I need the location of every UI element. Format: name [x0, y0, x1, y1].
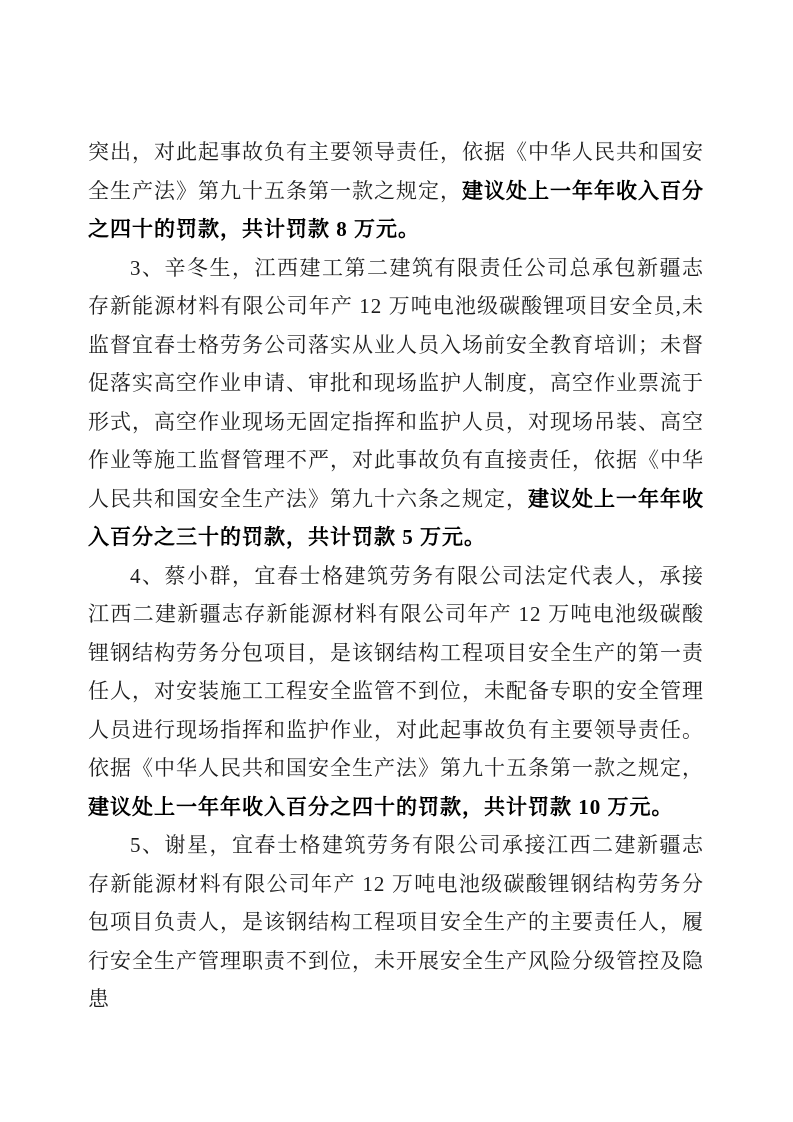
body-text: 4、蔡小群，宜春士格建筑劳务有限公司法定代表人，承接江西二建新疆志存新能源材料有…	[88, 564, 704, 781]
document-body: 突出，对此起事故负有主要领导责任，依据《中华人民共和国安全生产法》第九十五条第一…	[88, 133, 704, 1019]
paragraph-item-4: 4、蔡小群，宜春士格建筑劳务有限公司法定代表人，承接江西二建新疆志存新能源材料有…	[88, 557, 704, 827]
body-text: 3、辛冬生，江西建工第二建筑有限责任公司总承包新疆志存新能源材料有限公司年产 1…	[88, 256, 704, 511]
body-text: 5、谢星，宜春士格建筑劳务有限公司承接江西二建新疆志存新能源材料有限公司年产 1…	[88, 833, 704, 1011]
paragraph-continuation: 突出，对此起事故负有主要领导责任，依据《中华人民共和国安全生产法》第九十五条第一…	[88, 133, 704, 249]
paragraph-item-3: 3、辛冬生，江西建工第二建筑有限责任公司总承包新疆志存新能源材料有限公司年产 1…	[88, 249, 704, 557]
paragraph-item-5: 5、谢星，宜春士格建筑劳务有限公司承接江西二建新疆志存新能源材料有限公司年产 1…	[88, 826, 704, 1019]
document-page: 突出，对此起事故负有主要领导责任，依据《中华人民共和国安全生产法》第九十五条第一…	[0, 0, 793, 1122]
penalty-recommendation-text: 建议处上一年年收入百分之四十的罚款，共计罚款 10 万元。	[88, 795, 674, 819]
